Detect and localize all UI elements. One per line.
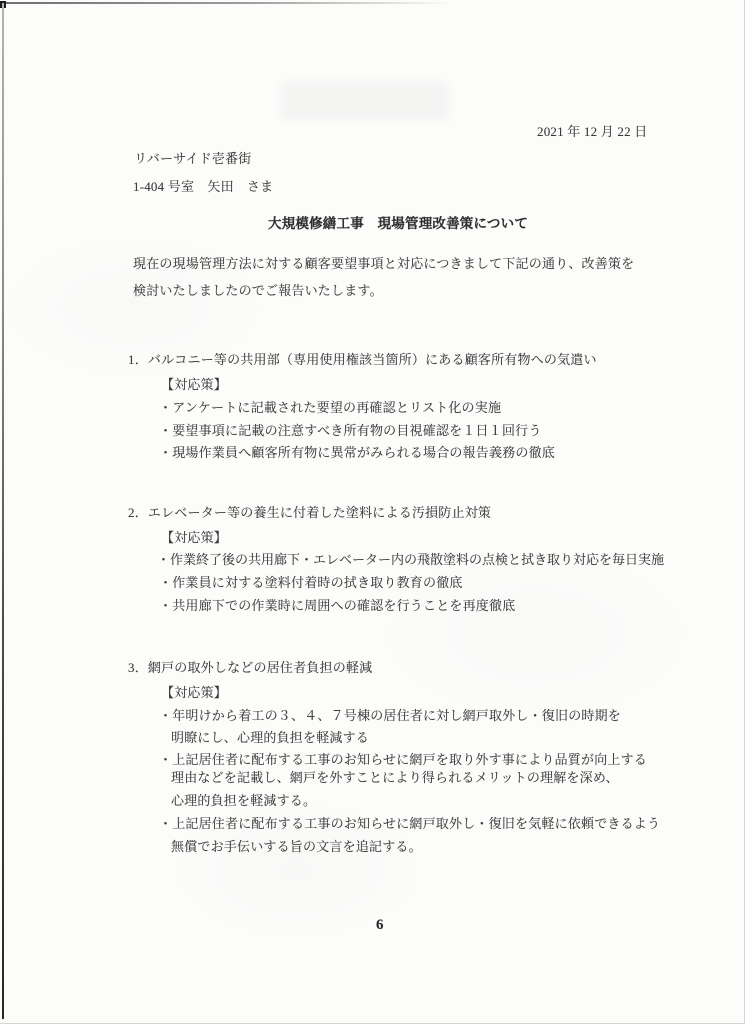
section-3-heading: 3．網戸の取外しなどの居住者負担の軽減 — [128, 659, 372, 677]
section-3-bullet-continuation: 明瞭にし、心理的負担を軽減する — [171, 729, 369, 747]
section-3-bullet-continuation: 無償でお手伝いする旨の文言を追記する。 — [171, 838, 422, 856]
section-3-bullet-continuation: 理由などを記載し、網戸を外すことにより得られるメリットの理解を深め、 — [171, 769, 619, 787]
scanned-document-page: 2021 年 12 月 22 日 リバーサイド壱番街 1-404 号室 矢田 さ… — [0, 0, 745, 1024]
section-1-bullet: ・現場作業員へ顧客所有物に異常がみられる場合の報告義務の徹底 — [159, 444, 555, 462]
section-3-bullet-continuation: 心理的負担を軽減する。 — [171, 792, 316, 810]
scan-edge-left — [2, 3, 4, 1019]
scan-edge-top — [0, 2, 452, 4]
section-1-bullet: ・要望事項に記載の注意すべき所有物の目視確認を１日１回行う — [159, 422, 542, 440]
section-2-bullet: ・共用廊下での作業時に周囲への確認を行うことを再度徹底 — [159, 597, 515, 615]
section-3-bullet: ・上記居住者に配布する工事のお知らせに網戸取外し・復旧を気軽に依頼できるよう — [159, 815, 660, 833]
recipient-name: 1-404 号室 矢田 さま — [133, 178, 273, 196]
section-3-bullet: ・年明けから着工の３、４、７号棟の居住者に対し網戸取外し・復旧の時期を — [159, 707, 621, 725]
intro-line: 検討いたしましたのでご報告いたします。 — [133, 282, 383, 300]
section-1-heading: 1．バルコニー等の共用部（専用使用権該当箇所）にある顧客所有物への気遣い — [128, 351, 597, 369]
erased-watermark — [281, 82, 449, 120]
section-2-bullet: ・作業終了後の共用廊下・エレベーター内の飛散塗料の点検と拭き取り対応を毎日実施 — [157, 551, 664, 569]
document-date: 2021 年 12 月 22 日 — [537, 123, 647, 141]
document-title: 大規模修繕工事 現場管理改善策について — [268, 215, 528, 233]
recipient-building: リバーサイド壱番街 — [134, 150, 252, 168]
page-number: 6 — [376, 916, 384, 934]
section-1-bullet: ・アンケートに記載された要望の再確認とリスト化の実施 — [159, 399, 501, 417]
intro-line: 現在の現場管理方法に対する顧客要望事項と対応につきまして下記の通り、改善策を — [133, 255, 634, 273]
section-3-label: 【対応策】 — [161, 684, 227, 702]
section-2-label: 【対応策】 — [161, 529, 227, 547]
section-2-bullet: ・作業員に対する塗料付着時の拭き取り教育の徹底 — [159, 574, 463, 592]
section-3-bullet: ・上記居住者に配布する工事のお知らせに網戸を取り外す事により品質が向上する — [159, 751, 647, 769]
section-1-label: 【対応策】 — [161, 376, 227, 394]
section-2-heading: 2．エレベーター等の養生に付着した塗料による汚損防止対策 — [128, 504, 491, 522]
